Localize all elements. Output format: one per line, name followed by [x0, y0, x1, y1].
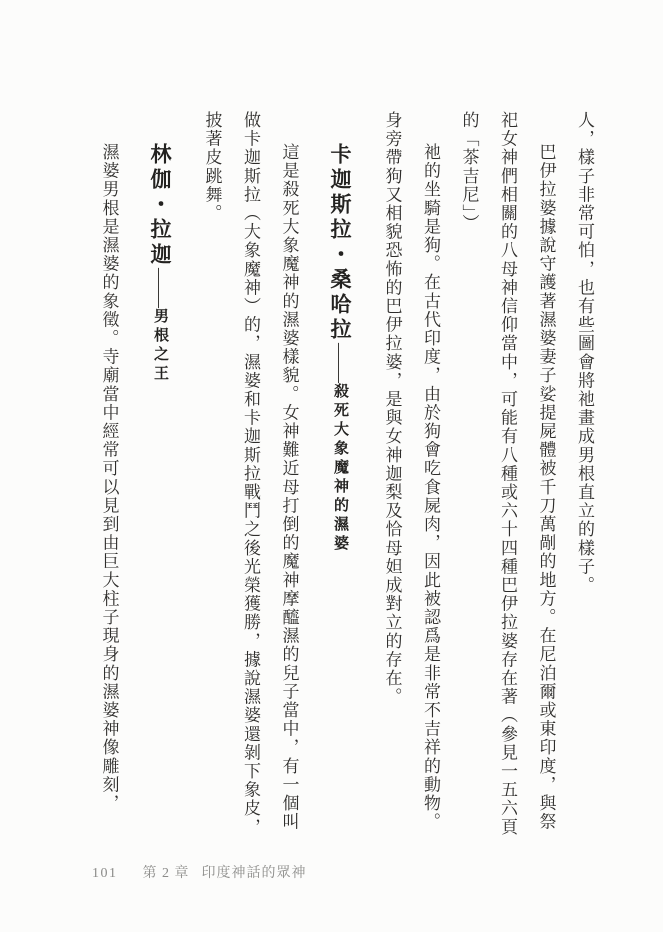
- heading-dash: ——: [149, 268, 171, 308]
- paragraph-dog-mount: 祂的坐騎是狗。在古代印度，由於狗會吃食屍肉，因此被認爲是非常不吉祥的動物。身旁帶…: [372, 111, 449, 848]
- heading-dash: ——: [329, 343, 351, 383]
- page-footer: 101 第 2 章 印度神話的眾神: [92, 862, 307, 882]
- heading-subtitle: 殺死大象魔神的濕婆: [332, 383, 349, 554]
- vertical-text-area: 人，樣子非常可怕，也有些圖會將祂畫成男根直立的樣子。 巴伊拉婆據說守護著濕婆妻子…: [89, 111, 603, 848]
- book-page: 人，樣子非常可怕，也有些圖會將祂畫成男根直立的樣子。 巴伊拉婆據說守護著濕婆妻子…: [0, 0, 663, 932]
- heading-title: 卡迦斯拉・桑哈拉: [328, 143, 352, 343]
- section-heading-gajasura-samhara: 卡迦斯拉・桑哈拉——殺死大象魔神的濕婆: [321, 111, 360, 848]
- heading-subtitle: 男根之王: [152, 308, 169, 384]
- chapter-title: 印度神話的眾神: [202, 862, 307, 882]
- paragraph-bhairava-guardian: 巴伊拉婆據說守護著濕婆妻子娑提屍體被千刀萬剮的地方。在尼泊爾或東印度，與祭祀女神…: [449, 111, 565, 848]
- heading-title: 林伽・拉迦: [148, 143, 172, 268]
- paragraph-elephant-demon: 這是殺死大象魔神的濕婆樣貌。女神難近母打倒的魔神摩醯濕的兒子當中，有一個叫做卡迦…: [192, 111, 308, 848]
- chapter-label: 第 2 章: [143, 862, 190, 882]
- section-heading-linga-raja: 林伽・拉迦——男根之王: [141, 111, 180, 848]
- paragraph-shiva-linga: 濕婆男根是濕婆的象徵。寺廟當中經常可以見到由巨大柱子現身的濕婆神像雕刻，: [89, 111, 128, 848]
- page-number: 101: [92, 866, 118, 882]
- paragraph-continuation: 人，樣子非常可怕，也有些圖會將祂畫成男根直立的樣子。: [565, 111, 604, 848]
